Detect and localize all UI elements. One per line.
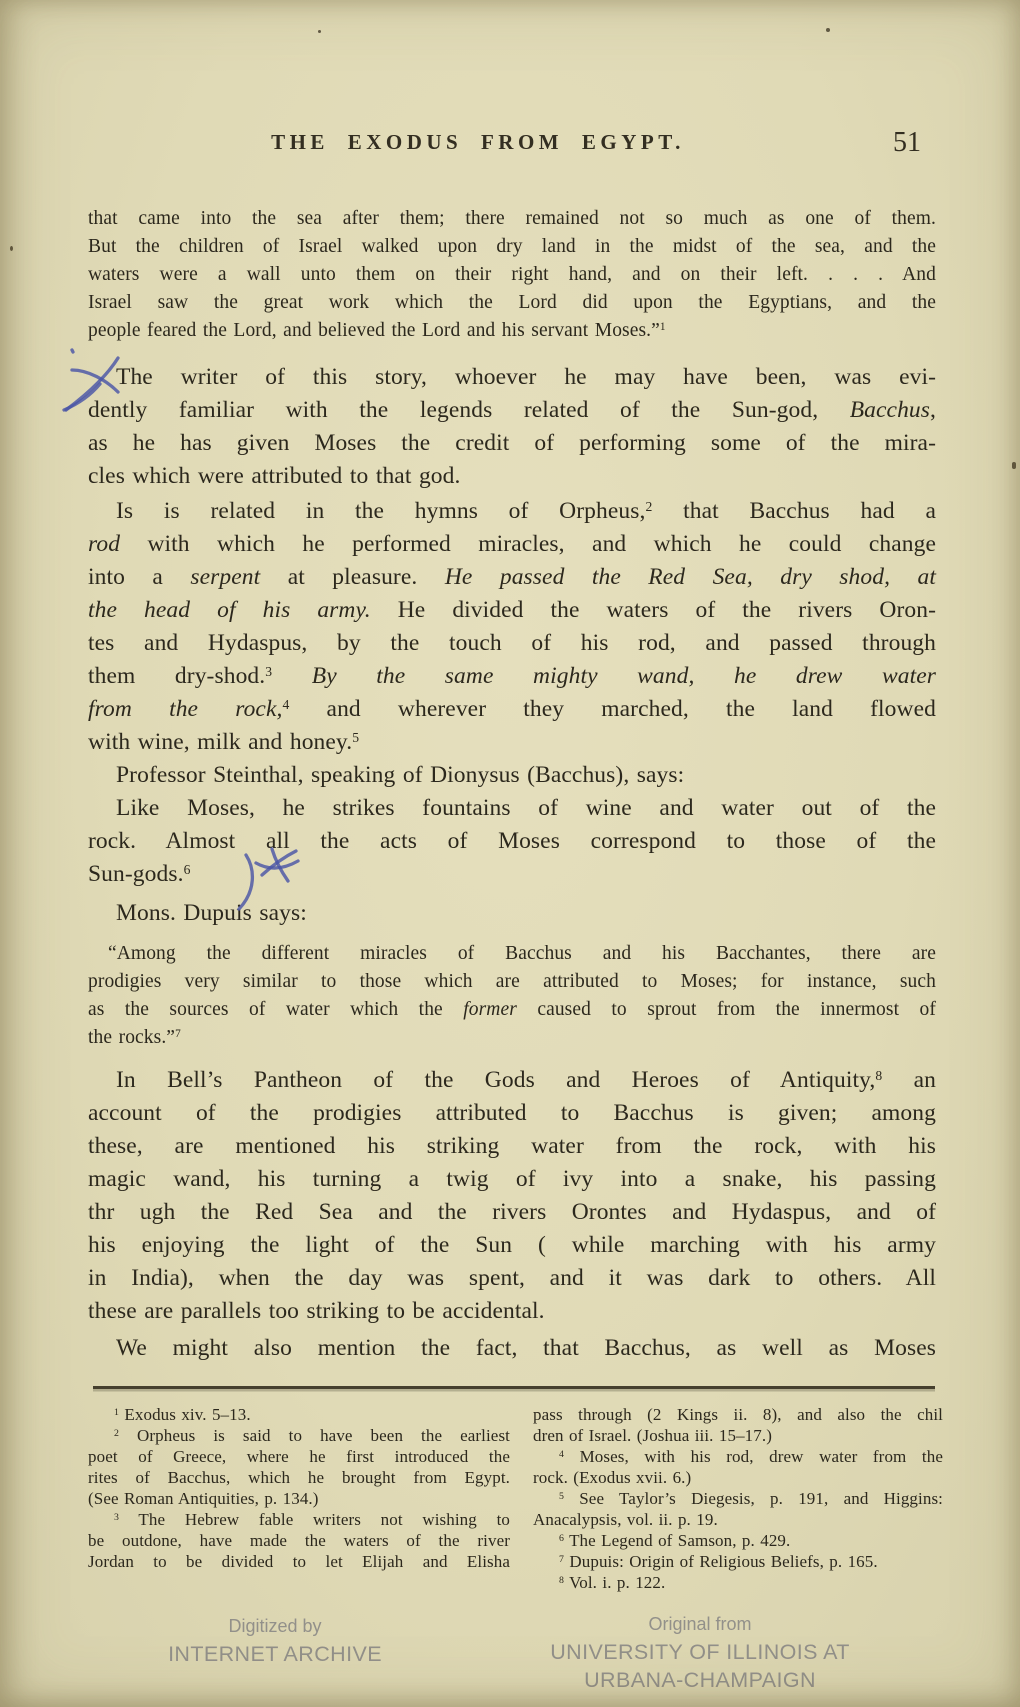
watermark-text: URBANA-CHAMPAIGN (520, 1666, 880, 1694)
dust-speck (826, 28, 830, 32)
paragraph-orpheus: Is is related in the hymns of Orpheus,2 … (88, 495, 936, 759)
text-line: the head of his army. He divided the wat… (88, 594, 936, 627)
watermark-text: Digitized by (115, 1612, 435, 1640)
text-line: 8 Vol. i. p. 122. (533, 1572, 943, 1593)
text-line: thr ugh the Red Sea and the rivers Oront… (88, 1196, 936, 1229)
quote-block-exodus: that came into the sea after them; there… (88, 205, 936, 345)
text-line: from the rock,4 and wherever they marche… (88, 693, 936, 726)
text-line: 1 Exodus xiv. 5–13. (88, 1404, 510, 1425)
text-line: into a serpent at pleasure. He passed th… (88, 561, 936, 594)
text-line: rod with which he performed miracles, an… (88, 528, 936, 561)
text-line: account of the prodigies attributed to B… (88, 1097, 936, 1130)
text-line: be outdone, have made the waters of the … (88, 1530, 510, 1551)
text-line: pass through (2 Kings ii. 8), and also t… (533, 1404, 943, 1425)
page-header-title: THE EXODUS FROM EGYPT. (58, 130, 898, 155)
text-line: these, are mentioned his striking water … (88, 1130, 936, 1163)
dust-speck (10, 246, 13, 251)
text-line: Jordan to be divided to let Elijah and E… (88, 1551, 510, 1572)
paragraph-dupuis: Mons. Dupuis says: (88, 897, 936, 930)
text-line: prodigies very similar to those which ar… (88, 968, 936, 996)
paragraph-we-might: We might also mention the fact, that Bac… (88, 1332, 936, 1365)
watermark-university: Original from UNIVERSITY OF ILLINOIS AT … (520, 1610, 880, 1694)
book-page-scan: THE EXODUS FROM EGYPT. 51 that came into… (0, 0, 1020, 1707)
text-line: poet of Greece, where he first introduce… (88, 1446, 510, 1467)
text-line: 6 The Legend of Samson, p. 429. (533, 1530, 943, 1551)
text-line: Anacalypsis, vol. ii. p. 19. (533, 1509, 943, 1530)
text-line: 3 The Hebrew fable writers not wishing t… (88, 1509, 510, 1530)
text-line: (See Roman Antiquities, p. 134.) (88, 1488, 510, 1509)
text-line: Is is related in the hymns of Orpheus,2 … (88, 495, 936, 528)
text-line: his enjoying the light of the Sun ( whil… (88, 1229, 936, 1262)
text-line: tes and Hydaspus, by the touch of his ro… (88, 627, 936, 660)
text-line: 2 Orpheus is said to have been the earli… (88, 1425, 510, 1446)
text-line: with wine, milk and honey.5 (88, 726, 936, 759)
dust-speck (1012, 462, 1016, 469)
text-line: rock. Almost all the acts of Moses corre… (88, 825, 936, 858)
text-line: them dry-shod.3 By the same mighty wand,… (88, 660, 936, 693)
footnotes-right-column: pass through (2 Kings ii. 8), and also t… (533, 1404, 943, 1593)
paragraph-writer: The writer of this story, whoever he may… (88, 361, 936, 493)
watermark-internet-archive: Digitized by INTERNET ARCHIVE (115, 1612, 435, 1668)
text-line: magic wand, his turning a twig of ivy in… (88, 1163, 936, 1196)
text-line: as he has given Moses the credit of perf… (88, 427, 936, 460)
paragraph-steinthal: Professor Steinthal, speaking of Dionysu… (88, 759, 936, 792)
watermark-text: UNIVERSITY OF ILLINOIS AT (520, 1638, 880, 1666)
text-line: 7 Dupuis: Origin of Religious Beliefs, p… (533, 1551, 943, 1572)
text-line: cles which were attributed to that god. (88, 460, 936, 493)
paragraph-bells-pantheon: In Bell’s Pantheon of the Gods and Heroe… (88, 1064, 936, 1328)
text-line: people feared the Lord, and believed the… (88, 317, 936, 345)
text-line: these are parallels too striking to be a… (88, 1295, 936, 1328)
text-line: Sun-gods.6 (88, 858, 936, 891)
running-head: THE EXODUS FROM EGYPT. (58, 130, 898, 155)
text-line: But the children of Israel walked upon d… (88, 233, 936, 261)
text-line: as the sources of water which the former… (88, 996, 936, 1024)
quote-block-dupuis: “Among the different miracles of Bacchus… (88, 940, 936, 1052)
paragraph-like-moses: Like Moses, he strikes fountains of wine… (88, 792, 936, 891)
text-line: rock. (Exodus xvii. 6.) (533, 1467, 943, 1488)
text-line: 5 See Taylor’s Diegesis, p. 191, and Hig… (533, 1488, 943, 1509)
text-line: dently familiar with the legends related… (88, 394, 936, 427)
text-line: Israel saw the great work which the Lord… (88, 289, 936, 317)
text-line: the rocks.”7 (88, 1024, 936, 1052)
page-body-text: that came into the sea after them; there… (88, 205, 936, 1365)
text-line: in India), when the day was spent, and i… (88, 1262, 936, 1295)
text-line: Like Moses, he strikes fountains of wine… (88, 792, 936, 825)
footnote-divider-rule (93, 1386, 935, 1389)
text-line: Mons. Dupuis says: (88, 897, 936, 930)
text-line: In Bell’s Pantheon of the Gods and Heroe… (88, 1064, 936, 1097)
page-number: 51 (893, 127, 921, 159)
text-line: “Among the different miracles of Bacchus… (88, 940, 936, 968)
text-line: Professor Steinthal, speaking of Dionysu… (88, 759, 936, 792)
text-line: 4 Moses, with his rod, drew water from t… (533, 1446, 943, 1467)
footnotes-left-column: 1 Exodus xiv. 5–13.2 Orpheus is said to … (88, 1404, 510, 1572)
text-line: that came into the sea after them; there… (88, 205, 936, 233)
text-line: We might also mention the fact, that Bac… (88, 1332, 936, 1365)
dust-speck (318, 30, 321, 33)
text-line: waters were a wall unto them on their ri… (88, 261, 936, 289)
text-line: The writer of this story, whoever he may… (88, 361, 936, 394)
text-line: dren of Israel. (Joshua iii. 15–17.) (533, 1425, 943, 1446)
watermark-text: Original from (520, 1610, 880, 1638)
text-line: rites of Bacchus, which he brought from … (88, 1467, 510, 1488)
watermark-text: INTERNET ARCHIVE (115, 1640, 435, 1668)
